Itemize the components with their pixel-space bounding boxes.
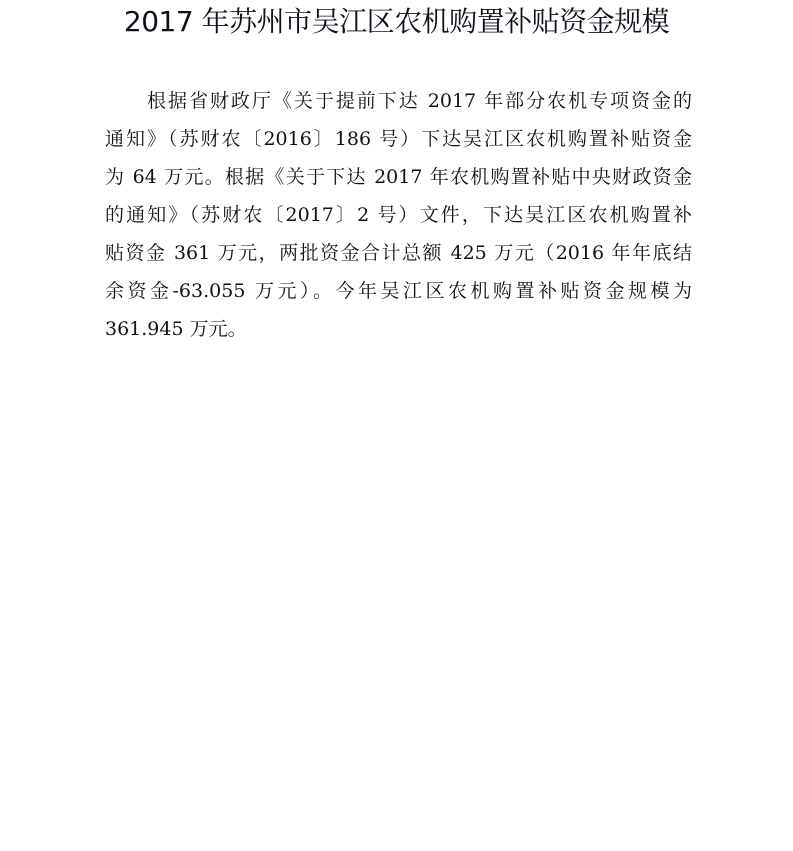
document-title: 2017 年苏州市吴江区农机购置补贴资金规模 <box>0 2 793 42</box>
document-body-paragraph: 根据省财政厅《关于提前下达 2017 年部分农机专项资金的 通知》（苏财农〔20… <box>105 82 692 348</box>
paragraph-line: 余资金-63.055 万元）。今年吴江区农机购置补贴资金规模为 <box>105 272 692 310</box>
paragraph-line: 为 64 万元。根据《关于下达 2017 年农机购置补贴中央财政资金 <box>105 158 692 196</box>
paragraph-line: 361.945 万元。 <box>105 310 692 348</box>
paragraph-line: 通知》（苏财农〔2016〕186 号）下达吴江区农机购置补贴资金 <box>105 120 692 158</box>
paragraph-line: 的通知》（苏财农〔2017〕2 号）文件，下达吴江区农机购置补 <box>105 196 692 234</box>
paragraph-line: 根据省财政厅《关于提前下达 2017 年部分农机专项资金的 <box>105 82 692 120</box>
paragraph-line: 贴资金 361 万元，两批资金合计总额 425 万元（2016 年年底结 <box>105 234 692 272</box>
